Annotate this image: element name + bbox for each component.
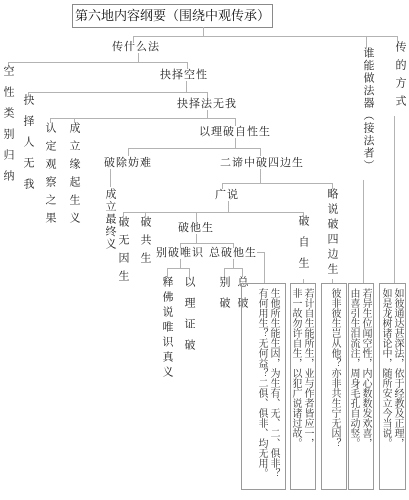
- node-po-ta-sheng: 破他生: [178, 222, 214, 234]
- page-title: 第六地内容纲要（围绕中观传承）: [72, 4, 273, 28]
- verse-box: 生他所生能生因，为生有、无、二、俱非？ 有何用生？无何益？二俱、俱非、均无用。: [241, 283, 286, 490]
- connector-line: [203, 27, 204, 36]
- node-chuan-shenme-fa: 传什么法: [112, 41, 160, 53]
- node-jueze-fa-wuwo: 抉择法无我: [177, 98, 237, 110]
- connector-line: [138, 53, 139, 62]
- connector-line: [222, 183, 332, 184]
- node-shi-foshuo-weishi-zhenyi: 释佛说唯识真义: [160, 276, 174, 381]
- node-bie-po-weishi: 别破唯识: [156, 247, 204, 259]
- connector-line: [363, 180, 364, 283]
- verse-box: 若计自生能所生，业与作者皆应一， 非一故勿许自生，以犯广说诸过故。: [290, 283, 316, 490]
- connector-line: [235, 138, 236, 148]
- connector-line: [110, 169, 111, 187]
- connector-line: [128, 148, 129, 156]
- node-po-gong-sheng: 破共生: [138, 216, 152, 270]
- node-jueze-kongxing: 抉择空性: [160, 69, 208, 81]
- node-guang-shuo: 广说: [215, 189, 239, 201]
- connector-line: [8, 62, 188, 63]
- connector-line: [187, 62, 188, 69]
- node-erdi-zhong-po-sibian-sheng: 二谛中破四边生: [220, 157, 304, 169]
- connector-line: [196, 234, 197, 243]
- node-chengli-zuizhong-yi: 成立最终义: [103, 188, 117, 251]
- node-shei-neng-zuo-faqi: 谁能做法器（接法者）: [361, 47, 375, 172]
- node-chengli-yuanqi-sheng-yi: 成立缘起生义: [67, 122, 81, 230]
- node-chuan-de-fangshi: 传的方式: [393, 41, 407, 113]
- verse-box: 如彼通达甚深法，依于经教及正理， 如是龙树诸论中，随所安立今当说。: [379, 283, 406, 490]
- connector-line: [167, 268, 189, 269]
- node-po-wuyin-sheng: 破无因生: [116, 216, 130, 288]
- connector-line: [133, 36, 397, 37]
- node-kongxing-leibie-guina: 空性类别归纳: [1, 65, 15, 191]
- node-rending-guancha-zhi-guo: 认定观察之果: [43, 122, 57, 230]
- node-zong-po-ta-sheng: 总破他生: [209, 247, 257, 259]
- connector-line: [28, 92, 207, 93]
- connector-line: [123, 212, 303, 213]
- connector-line: [186, 81, 187, 92]
- connector-line: [196, 212, 197, 222]
- connector-line: [235, 118, 236, 126]
- verse-box: 彼非彼生岂从他？亦非共生宁无因？: [321, 283, 347, 490]
- outline-diagram: 第六地内容纲要（围绕中观传承） 传什么法 抉择空: [0, 0, 409, 500]
- connector-line: [50, 118, 235, 119]
- connector-line: [394, 116, 395, 283]
- node-po-zi-sheng: 破自生: [296, 215, 310, 278]
- connector-line: [207, 110, 208, 118]
- connector-line: [180, 243, 233, 244]
- node-pochu-fangnan: 破除妨难: [104, 157, 152, 169]
- connector-line: [260, 148, 261, 156]
- connector-line: [180, 259, 181, 268]
- node-yili-zheng-po: 以理证破: [182, 276, 196, 360]
- verse-box: 若异生位闻空性，内心数数发欢喜， 由喜引生泪流注，周身毛孔自动竖。: [348, 283, 374, 490]
- connector-line: [228, 201, 229, 212]
- node-jueze-ren-wuwo: 抉择人无我: [21, 94, 35, 199]
- connector-line: [224, 268, 242, 269]
- connector-line: [264, 252, 265, 283]
- node-bie-po: 别破: [217, 276, 231, 318]
- node-lue-shuo-po-sibian-sheng: 略说破四边生: [325, 188, 339, 278]
- connector-line: [233, 259, 234, 268]
- connector-line: [128, 148, 260, 149]
- connector-line: [260, 169, 261, 183]
- node-yili-po-zixing-sheng: 以理破自性生: [199, 126, 271, 138]
